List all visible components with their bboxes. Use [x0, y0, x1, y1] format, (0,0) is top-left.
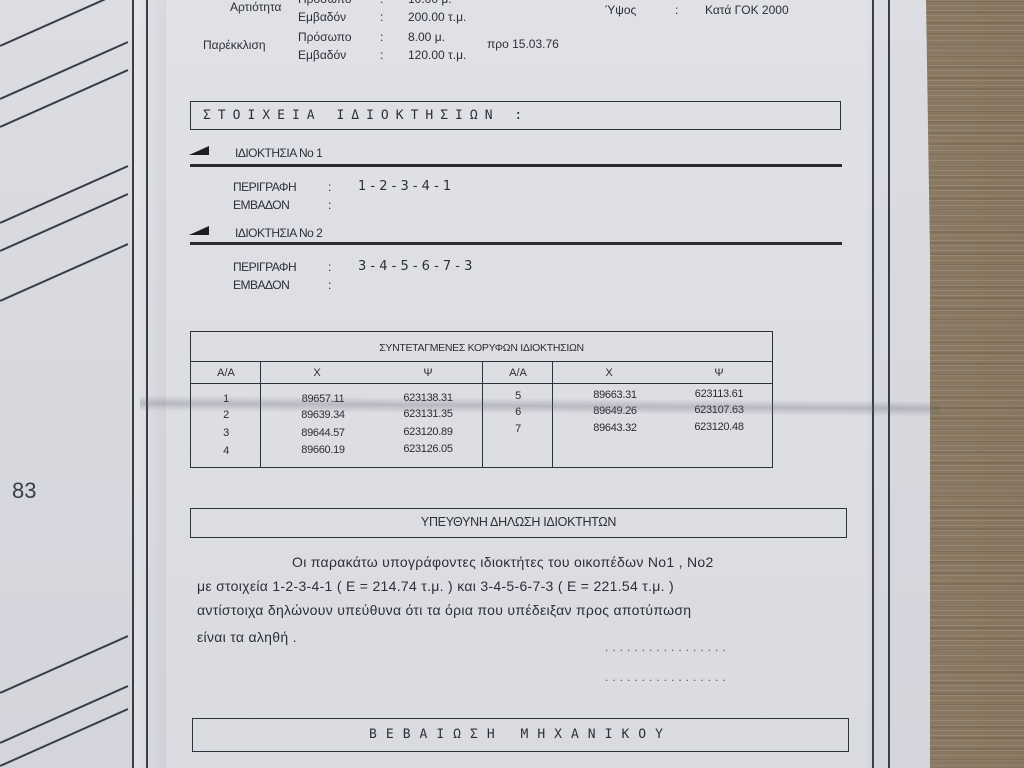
hatch-line	[0, 41, 128, 99]
artiotita-frontage-value: 10.00 μ.	[408, 0, 452, 6]
table-cell-y: 623120.89	[373, 426, 483, 438]
header-aa-left: Α/Α	[191, 361, 261, 384]
owner-2-label: ΙΔΙΟΚΤΗΣΙΑ Νο 2	[235, 226, 322, 240]
table-cell-x: 89644.57	[273, 427, 373, 439]
owner-1-area-label: ΕΜΒΑΔΟΝ	[233, 198, 289, 212]
divider	[190, 242, 842, 245]
declaration-line-1: Οι παρακάτω υπογράφοντες ιδιοκτήτες του …	[292, 554, 714, 570]
artiotita-area-value: 200.00 τ.μ.	[408, 10, 466, 24]
sep: :	[380, 10, 383, 24]
header-y-right: Ψ	[665, 361, 773, 384]
parekklisi-area-value: 120.00 τ.μ.	[408, 48, 466, 62]
hatch-line	[0, 0, 128, 47]
declaration-line-2: με στοιχεία 1-2-3-4-1 ( Ε = 214.74 τ.μ. …	[197, 578, 674, 594]
header-x-right: Χ	[553, 361, 665, 384]
page-number: 83	[12, 478, 36, 504]
artiotita-label: Αρτιότητα	[230, 0, 282, 14]
sep: :	[380, 48, 383, 62]
declaration-line-3: αντίστοιχα δηλώνουν υπεύθυνα ότι τα όρια…	[197, 602, 691, 618]
hatch-line	[0, 193, 128, 251]
artiotita-area-field: Εμβαδόν	[298, 10, 346, 24]
border-line-left-inner	[146, 0, 148, 768]
hatch-line	[0, 708, 128, 766]
border-line-left-outer	[132, 0, 134, 768]
hatch-line	[0, 685, 128, 743]
ownership-section-title: ΣΤΟΙΧΕΙΑ ΙΔΙΟΚΤΗΣΙΩΝ :	[203, 108, 529, 123]
table-cell-x: 89660.19	[273, 444, 373, 456]
owner-2-description-label: ΠΕΡΙΓΡΑΦΗ	[233, 260, 296, 274]
declaration-line-4: είναι τα αληθή .	[197, 629, 297, 645]
header-y-left: Ψ	[373, 361, 483, 384]
table-cell-y: 623126.05	[373, 443, 483, 455]
sep: :	[328, 198, 331, 212]
owner-1-description-label: ΠΕΡΙΓΡΑΦΗ	[233, 180, 296, 194]
header-x-left: Χ	[261, 361, 373, 384]
hatch-line	[0, 243, 128, 301]
ypsos-label: Ύψος	[605, 3, 636, 17]
triangle-marker-icon	[189, 226, 209, 235]
parekklisi-frontage-field: Πρόσωπο	[298, 30, 352, 44]
sep: :	[380, 30, 383, 44]
triangle-marker-icon	[189, 146, 209, 155]
owner-1-description: 1 - 2 - 3 - 4 - 1	[358, 179, 451, 194]
table-cell-y: 623120.48	[665, 421, 773, 433]
sep: :	[380, 0, 383, 6]
hatch-line	[0, 635, 128, 693]
signature-line-2: .................	[605, 670, 730, 684]
parekklisi-area-field: Εμβαδόν	[298, 48, 346, 62]
owner-2-description: 3 - 4 - 5 - 6 - 7 - 3	[358, 259, 472, 274]
table-cell-aa: 4	[191, 445, 261, 457]
table-cell-aa: 7	[483, 423, 553, 435]
hatch-line	[0, 69, 128, 127]
sep: :	[328, 180, 331, 194]
hatch-line	[0, 165, 128, 223]
header-aa-right: Α/Α	[483, 361, 553, 384]
sep: :	[675, 3, 678, 17]
table-cell-x: 89643.32	[565, 422, 665, 434]
ypsos-value: Κατά ΓΟΚ 2000	[705, 3, 789, 17]
owner-1-label: ΙΔΙΟΚΤΗΣΙΑ Νο 1	[235, 146, 322, 160]
parekklisi-frontage-value: 8.00 μ.	[408, 30, 445, 44]
artiotita-frontage-field: Πρόσωπο	[298, 0, 352, 6]
border-line-right-outer	[888, 0, 890, 768]
signature-line-1: .................	[605, 640, 730, 654]
sep: :	[328, 260, 331, 274]
divider	[190, 164, 842, 167]
sep: :	[328, 278, 331, 292]
owner-2-area-label: ΕΜΒΑΔΟΝ	[233, 278, 289, 292]
parekklisi-note: προ 15.03.76	[487, 37, 559, 51]
engineer-section-title: ΒΕΒΑΙΩΣΗ ΜΗΧΑΝΙΚΟΥ	[192, 727, 849, 742]
table-cell-aa: 3	[191, 427, 261, 439]
coordinates-table-title: ΣΥΝΤΕΤΑΓΜΕΝΕΣ ΚΟΡΥΦΩΝ ΙΔΙΟΚΤΗΣΙΩΝ	[191, 332, 772, 362]
parekklisi-label: Παρέκκλιση	[203, 38, 266, 52]
border-line-right-inner	[872, 0, 874, 768]
paper-fold	[134, 0, 170, 768]
declaration-title: ΥΠΕΥΘΥΝΗ ΔΗΛΩΣΗ ΙΔΙΟΚΤΗΤΩΝ	[190, 515, 847, 529]
